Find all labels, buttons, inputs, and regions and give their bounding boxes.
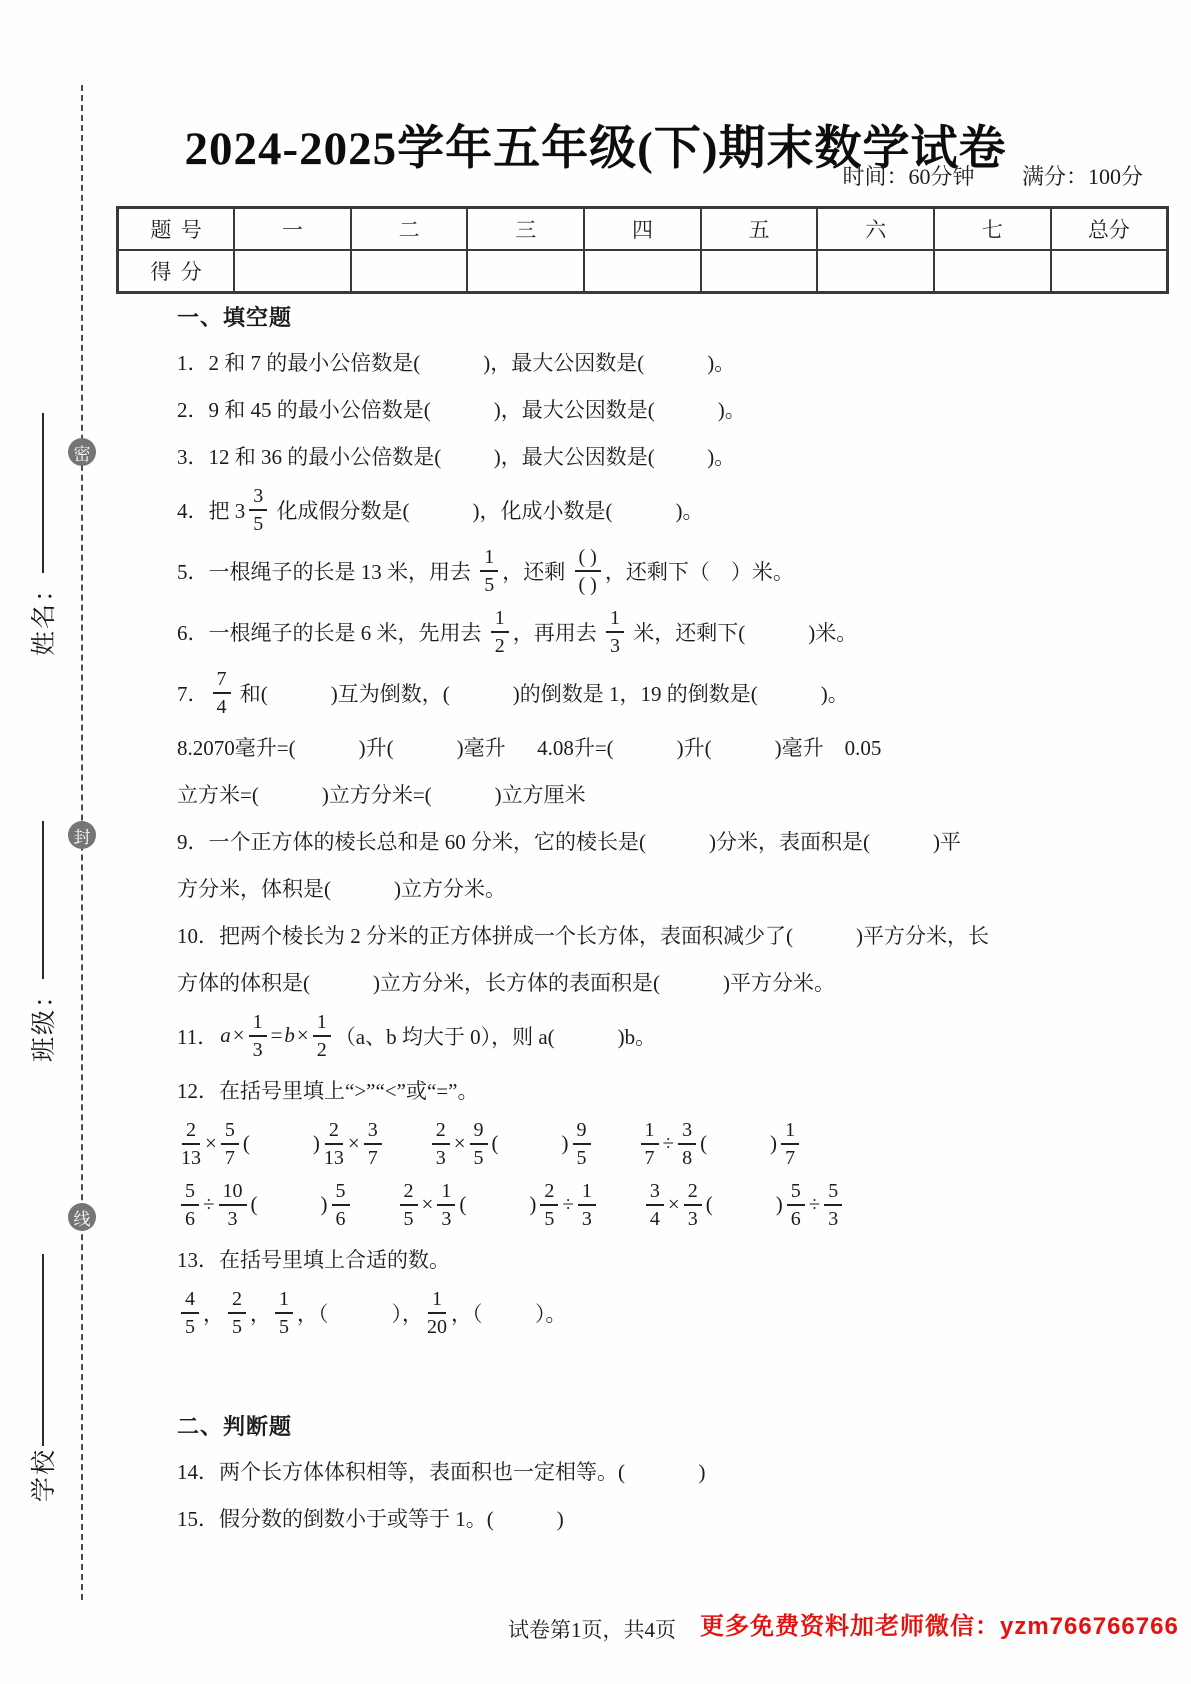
fraction-numerator: 1 [428, 1287, 446, 1314]
fraction: 95 [470, 1118, 488, 1170]
fraction: 38 [678, 1118, 696, 1170]
score-table-header-cell: 题号 [118, 208, 235, 251]
question-line: 12．在括号里填上“>”“<”或“=”。 [177, 1066, 1170, 1113]
fraction: ( )( ) [575, 545, 601, 597]
fraction-denominator: 3 [228, 1206, 238, 1231]
fraction-numerator: 5 [824, 1179, 842, 1206]
fraction: 56 [787, 1179, 805, 1231]
question-text: 15．假分数的倒数小于或等于 1。( ) [177, 1503, 564, 1533]
question-text: 立方米=( )立方分米=( )立方厘米 [177, 779, 586, 809]
fraction-denominator: 7 [368, 1145, 378, 1170]
question-text: 方体的体积是( )立方分米，长方体的表面积是( )平方分米。 [177, 967, 835, 997]
question-text: 11． [177, 1021, 218, 1051]
fraction: 13 [437, 1179, 455, 1231]
score-table-header-cell: 一 [234, 208, 351, 251]
fraction: 15 [275, 1287, 293, 1339]
fraction: 95 [573, 1118, 591, 1170]
score-table-cell [234, 250, 351, 293]
score-table-cell [467, 250, 584, 293]
question-text: 和( )互为倒数，( )的倒数是 1，19 的倒数是( )。 [235, 678, 849, 708]
school-blank-line [40, 1254, 44, 1446]
fraction-denominator: 4 [650, 1206, 660, 1231]
fraction-denominator: 6 [336, 1206, 346, 1231]
question-text: × [422, 1192, 434, 1217]
question-text: 方分米，体积是( )立方分米。 [177, 873, 506, 903]
question-text: ÷ [809, 1192, 821, 1217]
question-text: ( ) [251, 1192, 328, 1217]
question-text: 9．一个正方体的棱长总和是 60 分米，它的棱长是( )分米，表面积是( )平 [177, 826, 961, 856]
page-number: 试卷第1页，共4页 [508, 1614, 676, 1644]
fraction: 25 [400, 1179, 418, 1231]
fraction-numerator: 9 [573, 1118, 591, 1145]
question-line: 6．一根绳子的长是 6 米，先用去 12，再用去 13 米，还剩下( )米。 [177, 601, 1170, 662]
promo-text: 更多免费资料加老师微信：yzm766766766 [700, 1606, 1179, 1641]
fraction-denominator: 13 [324, 1145, 344, 1170]
question-text: × [297, 1023, 309, 1048]
question-line: 方体的体积是( )立方分米，长方体的表面积是( )平方分米。 [177, 958, 1170, 1005]
section-heading: 一、填空题 [177, 294, 1170, 338]
fraction-numerator: 2 [182, 1118, 200, 1145]
question-text: 化成假分数是( )，化成小数是( )。 [271, 495, 703, 525]
fraction-denominator: 3 [436, 1145, 446, 1170]
fraction: 57 [221, 1118, 239, 1170]
score-table-cell [584, 250, 701, 293]
question-text: ÷ [203, 1192, 215, 1217]
fraction-denominator: 7 [645, 1145, 655, 1170]
class-blank-line [40, 821, 44, 979]
score-table-cell: 得分 [118, 250, 235, 293]
fraction: 103 [219, 1179, 247, 1231]
question-text: 1．2 和 7 的最小公倍数是( )，最大公因数是( )。 [177, 347, 735, 377]
score-table-cell [351, 250, 468, 293]
fraction-numerator: 1 [781, 1118, 799, 1145]
fraction-numerator: 1 [249, 1010, 267, 1037]
fraction-denominator: 5 [544, 1206, 554, 1231]
question-line: 8.2070毫升=( )升( )毫升 4.08升=( )升( )毫升 0.05 [177, 723, 1170, 770]
fraction-numerator: 3 [249, 484, 267, 511]
question-text: = [271, 1023, 283, 1048]
question-line: 方分米，体积是( )立方分米。 [177, 864, 1170, 911]
fraction-denominator: 3 [828, 1206, 838, 1231]
seal-char-mi: 密 [68, 438, 96, 466]
fraction-numerator: 5 [787, 1179, 805, 1206]
question-line: 9．一个正方体的棱长总和是 60 分米，它的棱长是( )分米，表面积是( )平 [177, 817, 1170, 864]
question-text: × [205, 1131, 217, 1156]
fraction-numerator: 1 [275, 1287, 293, 1314]
question-line: 7．74 和( )互为倒数，( )的倒数是 1，19 的倒数是( )。 [177, 662, 1170, 723]
fraction: 56 [332, 1179, 350, 1231]
fraction: 35 [249, 484, 267, 536]
fraction-denominator: 4 [217, 694, 227, 719]
full-score: 满分：100分 [1022, 164, 1143, 189]
class-label: 班级： [24, 981, 60, 1062]
score-table-header-cell: 六 [817, 208, 934, 251]
question-text: 4．把 3 [177, 495, 245, 525]
fraction-numerator: 2 [325, 1118, 343, 1145]
fraction-numerator: 2 [228, 1287, 246, 1314]
school-field: 学校 [25, 1222, 59, 1502]
question-text: 5．一根绳子的长是 13 米，用去 [177, 556, 476, 586]
fraction: 13 [249, 1010, 267, 1062]
section-heading: 二、判断题 [177, 1403, 1170, 1447]
question-text: 10．把两个棱长为 2 分米的正方体拼成一个长方体，表面积减少了( )平方分米，… [177, 920, 989, 950]
fraction-numerator: 2 [400, 1179, 418, 1206]
fraction-denominator: 2 [317, 1037, 327, 1062]
question-line: 立方米=( )立方分米=( )立方厘米 [177, 770, 1170, 817]
fraction-numerator: 3 [646, 1179, 664, 1206]
question-text: （a、b 均大于 0），则 a( )b。 [335, 1021, 656, 1051]
question-text: ÷ [663, 1131, 675, 1156]
question-text: ( ) [459, 1192, 536, 1217]
question-text: 6．一根绳子的长是 6 米，先用去 [177, 617, 487, 647]
question-line: 213×57( )213×37 23×95( )95 17÷38( )17 [177, 1113, 1170, 1174]
question-text: × [454, 1131, 466, 1156]
fraction: 12 [313, 1010, 331, 1062]
fraction-denominator: 5 [484, 572, 494, 597]
question-text: 8.2070毫升=( )升( )毫升 4.08升=( )升( )毫升 0.05 [177, 732, 881, 762]
question-text [600, 1190, 642, 1220]
question-text: ( ) [700, 1131, 777, 1156]
exam-section: 一、填空题1．2 和 7 的最小公倍数是( )，最大公因数是( )。2．9 和 … [177, 294, 1170, 1343]
exam-section: 二、判断题14．两个长方体体积相等，表面积也一定相等。( )15．假分数的倒数小… [177, 1403, 1170, 1541]
seal-char-feng: 封 [68, 821, 96, 849]
name-blank-line [40, 413, 44, 573]
question-text: ，再用去 [513, 617, 602, 647]
question-line: 3．12 和 36 的最小公倍数是( )，最大公因数是( )。 [177, 432, 1170, 479]
fraction-denominator: 6 [185, 1206, 195, 1231]
question-text [354, 1190, 396, 1220]
fraction-denominator: 3 [441, 1206, 451, 1231]
fraction-numerator: 1 [480, 545, 498, 572]
fraction-denominator: 5 [474, 1145, 484, 1170]
score-table-cell [934, 250, 1051, 293]
fraction-denominator: 20 [427, 1314, 447, 1339]
question-text: 米，还剩下( )米。 [628, 617, 857, 647]
fraction: 120 [427, 1287, 447, 1339]
score-table-cell [817, 250, 934, 293]
fraction: 45 [181, 1287, 199, 1339]
fraction-denominator: 2 [495, 633, 505, 658]
fraction-denominator: 5 [185, 1314, 195, 1339]
fraction-numerator: 7 [213, 667, 231, 694]
fraction-denominator: 3 [610, 633, 620, 658]
fraction-denominator: 5 [253, 511, 263, 536]
variable-text: b [282, 1023, 297, 1048]
question-text: ，（ ）， [297, 1298, 423, 1328]
question-text: ( ) [243, 1131, 320, 1156]
fraction: 213 [181, 1118, 201, 1170]
question-line: 56÷103( )56 25×13( )25÷13 34×23( )56÷53 [177, 1174, 1170, 1235]
question-text: × [668, 1192, 680, 1217]
fraction-numerator: 3 [678, 1118, 696, 1145]
fraction-numerator: 1 [606, 606, 624, 633]
question-text [386, 1129, 428, 1159]
question-text: 3．12 和 36 的最小公倍数是( )，最大公因数是( )。 [177, 441, 735, 471]
fraction-denominator: 8 [682, 1145, 692, 1170]
fraction: 74 [213, 667, 231, 719]
fraction-denominator: 5 [232, 1314, 242, 1339]
fraction: 17 [781, 1118, 799, 1170]
fraction-numerator: 2 [432, 1118, 450, 1145]
fraction-denominator: 13 [181, 1145, 201, 1170]
question-line: 45，25，15，（ ），120，（ ）。 [177, 1282, 1170, 1343]
fraction: 37 [364, 1118, 382, 1170]
question-line: 13．在括号里填上合适的数。 [177, 1235, 1170, 1282]
time-limit: 时间：60分钟 [842, 164, 974, 189]
fraction-numerator: 4 [181, 1287, 199, 1314]
fraction: 25 [540, 1179, 558, 1231]
fraction-numerator: 2 [684, 1179, 702, 1206]
fraction-numerator: 1 [313, 1010, 331, 1037]
school-label: 学校 [24, 1448, 60, 1502]
fraction-numerator: ( ) [575, 545, 601, 572]
question-text: 14．两个长方体体积相等，表面积也一定相等。( ) [177, 1456, 706, 1486]
fraction-denominator: ( ) [579, 572, 597, 597]
fraction: 34 [646, 1179, 664, 1231]
fraction: 13 [606, 606, 624, 658]
question-text: 12．在括号里填上“>”“<”或“=”。 [177, 1075, 478, 1105]
fraction-numerator: 10 [219, 1179, 247, 1206]
fraction: 12 [491, 606, 509, 658]
fraction-denominator: 3 [253, 1037, 263, 1062]
score-table-header-cell: 七 [934, 208, 1051, 251]
fraction-denominator: 3 [688, 1206, 698, 1231]
fraction-denominator: 7 [225, 1145, 235, 1170]
question-text: 13．在括号里填上合适的数。 [177, 1244, 450, 1274]
score-table: 题号一二三四五六七总分得分 [116, 206, 1169, 294]
score-table-cell [1051, 250, 1168, 293]
question-text: ，还剩下（ ）米。 [605, 556, 794, 586]
question-text: ( ) [492, 1131, 569, 1156]
question-line: 5．一根绳子的长是 13 米，用去 15，还剩 ( )( )，还剩下（ ）米。 [177, 540, 1170, 601]
question-line: 2．9 和 45 的最小公倍数是( )，最大公因数是( )。 [177, 385, 1170, 432]
variable-text: a [218, 1023, 233, 1048]
question-text: ，还剩 [502, 556, 570, 586]
fraction-denominator: 5 [577, 1145, 587, 1170]
score-table-header-cell: 二 [351, 208, 468, 251]
fraction: 23 [684, 1179, 702, 1231]
question-line: 10．把两个棱长为 2 分米的正方体拼成一个长方体，表面积减少了( )平方分米，… [177, 911, 1170, 958]
name-label: 姓名： [24, 575, 60, 656]
exam-meta: 时间：60分钟 满分：100分 [842, 160, 1143, 191]
fraction-numerator: 3 [364, 1118, 382, 1145]
question-body: 一、填空题1．2 和 7 的最小公倍数是( )，最大公因数是( )。2．9 和 … [116, 294, 1170, 1541]
fraction-numerator: 2 [540, 1179, 558, 1206]
fraction: 17 [641, 1118, 659, 1170]
exam-page: 密 封 线 姓名： 班级： 学校 2024-2025学年五年级(下)期末数学试卷… [0, 0, 1191, 1684]
question-line: 14．两个长方体体积相等，表面积也一定相等。( ) [177, 1447, 1170, 1494]
question-text: ，（ ）。 [451, 1298, 567, 1328]
score-table-header-cell: 总分 [1051, 208, 1168, 251]
fraction: 25 [228, 1287, 246, 1339]
question-line: 15．假分数的倒数小于或等于 1。( ) [177, 1494, 1170, 1541]
question-text: ÷ [562, 1192, 574, 1217]
question-text [595, 1129, 637, 1159]
name-field: 姓名： [25, 406, 59, 656]
score-table-header-cell: 五 [701, 208, 818, 251]
fraction-numerator: 1 [437, 1179, 455, 1206]
fraction: 213 [324, 1118, 344, 1170]
question-text: × [348, 1131, 360, 1156]
question-text: 7． [177, 678, 209, 708]
fraction: 15 [480, 545, 498, 597]
fraction-denominator: 5 [404, 1206, 414, 1231]
score-table-score-row: 得分 [118, 250, 1168, 293]
question-line: 11．a×13=b×12（a、b 均大于 0），则 a( )b。 [177, 1005, 1170, 1066]
fraction-numerator: 5 [332, 1179, 350, 1206]
question-line: 1．2 和 7 的最小公倍数是( )，最大公因数是( )。 [177, 338, 1170, 385]
fraction: 13 [578, 1179, 596, 1231]
question-text: 2．9 和 45 的最小公倍数是( )，最大公因数是( )。 [177, 394, 746, 424]
question-text: ( ) [706, 1192, 783, 1217]
score-table-cell [701, 250, 818, 293]
fraction-denominator: 7 [785, 1145, 795, 1170]
score-table-body: 题号一二三四五六七总分得分 [118, 208, 1168, 293]
question-text: × [233, 1023, 245, 1048]
fraction-denominator: 3 [582, 1206, 592, 1231]
fraction: 53 [824, 1179, 842, 1231]
question-text: ， [203, 1298, 224, 1328]
fraction-denominator: 6 [791, 1206, 801, 1231]
fraction-numerator: 9 [470, 1118, 488, 1145]
fraction-numerator: 5 [181, 1179, 199, 1206]
score-table-header-cell: 四 [584, 208, 701, 251]
seal-char-xian: 线 [68, 1203, 96, 1231]
fraction-numerator: 5 [221, 1118, 239, 1145]
fraction-numerator: 1 [578, 1179, 596, 1206]
class-field: 班级： [25, 810, 59, 1062]
question-line: 4．把 335 化成假分数是( )，化成小数是( )。 [177, 479, 1170, 540]
fraction-numerator: 1 [641, 1118, 659, 1145]
score-table-header-cell: 三 [467, 208, 584, 251]
fraction-numerator: 1 [491, 606, 509, 633]
score-table-header-row: 题号一二三四五六七总分 [118, 208, 1168, 251]
fraction: 23 [432, 1118, 450, 1170]
fraction-denominator: 5 [279, 1314, 289, 1339]
question-text: ， [250, 1298, 271, 1328]
fraction: 56 [181, 1179, 199, 1231]
